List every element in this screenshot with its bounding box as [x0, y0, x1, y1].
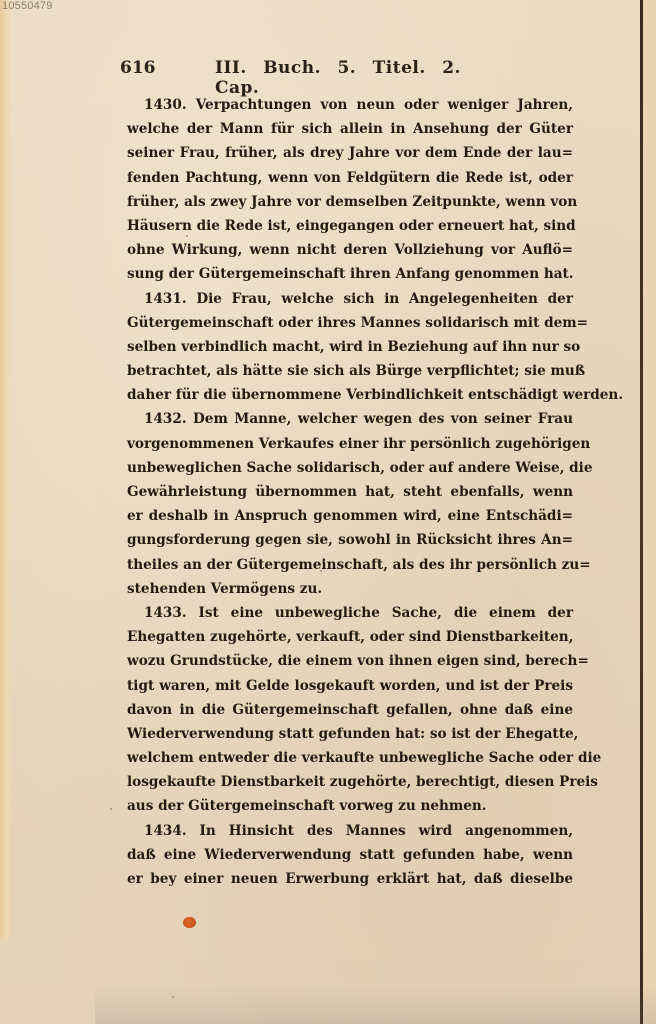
text-line: 1433. Ist eine unbewegliche Sache, die e… — [127, 601, 573, 625]
text-line: selben verbindlich macht, wird in Bezieh… — [127, 335, 573, 359]
text-line: welchem entweder die verkaufte unbewegli… — [127, 746, 573, 770]
text-line: unbeweglichen Sache solidarisch, oder au… — [127, 456, 573, 480]
text-line: daß eine Wiederverwendung statt gefunden… — [127, 843, 573, 867]
text-line: sung der Gütergemeinschaft ihren Anfang … — [127, 262, 573, 286]
paragraph-1432: 1432. Dem Manne, welcher wegen des von s… — [127, 407, 573, 601]
text-line: Häusern die Rede ist, eingegangen oder e… — [127, 214, 573, 238]
paragraph-1431: 1431. Die Frau, welche sich in Angelegen… — [127, 287, 573, 408]
text-line: Ehegatten zugehörte, verkauft, oder sind… — [127, 625, 573, 649]
page-header: 616 III. Buch. 5. Titel. 2. Cap. — [120, 58, 480, 86]
adjacent-page-strip — [643, 0, 656, 1024]
text-line: welche der Mann für sich allein in Anseh… — [127, 117, 573, 141]
page-number: 616 — [120, 58, 156, 78]
text-line: ohne Wirkung, wenn nicht deren Vollziehu… — [127, 238, 573, 262]
page-bottom-shadow — [95, 985, 656, 1024]
text-line: er bey einer neuen Erwerbung erklärt hat… — [127, 867, 573, 891]
red-ink-spot — [183, 917, 196, 928]
paper-speck — [172, 996, 174, 998]
text-line: stehenden Vermögens zu. — [127, 577, 573, 601]
text-line: Gewährleistung übernommen hat, steht ebe… — [127, 480, 573, 504]
text-line: 1432. Dem Manne, welcher wegen des von s… — [127, 407, 573, 431]
text-line: aus der Gütergemeinschaft vorweg zu nehm… — [127, 794, 573, 818]
text-line: Wiederverwendung statt gefunden hat: so … — [127, 722, 573, 746]
text-line: 1430. Verpachtungen von neun oder wenige… — [127, 93, 573, 117]
text-line: fenden Pachtung, wenn von Feldgütern die… — [127, 166, 573, 190]
text-line: 1434. In Hinsicht des Mannes wird angeno… — [127, 819, 573, 843]
text-line: theiles an der Gütergemeinschaft, als de… — [127, 553, 573, 577]
scan-image-id: 10550479 — [2, 0, 53, 12]
text-line: wozu Grundstücke, die einem von ihnen ei… — [127, 649, 573, 673]
body-text: 1430. Verpachtungen von neun oder wenige… — [127, 93, 573, 891]
text-line: daher für die übernommene Verbindlichkei… — [127, 383, 573, 407]
text-line: davon in die Gütergemeinschaft gefallen,… — [127, 698, 573, 722]
paragraph-1434: 1434. In Hinsicht des Mannes wird angeno… — [127, 819, 573, 892]
text-line: er deshalb in Anspruch genommen wird, ei… — [127, 504, 573, 528]
paper-speck — [320, 570, 322, 572]
page-left-edge — [0, 0, 12, 940]
text-line: seiner Frau, früher, als drey Jahre vor … — [127, 141, 573, 165]
text-line: gungsforderung gegen sie, sowohl in Rück… — [127, 528, 573, 552]
running-head: III. Buch. 5. Titel. 2. Cap. — [215, 58, 480, 98]
text-line: tigt waren, mit Gelde losgekauft worden,… — [127, 674, 573, 698]
text-line: früher, als zwey Jahre vor demselben Zei… — [127, 190, 573, 214]
paragraph-1433: 1433. Ist eine unbewegliche Sache, die e… — [127, 601, 573, 819]
paper-speck — [186, 235, 188, 237]
text-line: Gütergemeinschaft oder ihres Mannes soli… — [127, 311, 573, 335]
paper-speck — [110, 808, 112, 810]
text-line: losgekaufte Dienstbarkeit zugehörte, ber… — [127, 770, 573, 794]
text-line: vorgenommenen Verkaufes einer ihr persön… — [127, 432, 573, 456]
text-line: betrachtet, als hätte sie sich als Bürge… — [127, 359, 573, 383]
book-page: 10550479 616 III. Buch. 5. Titel. 2. Cap… — [0, 0, 656, 1024]
text-line: 1431. Die Frau, welche sich in Angelegen… — [127, 287, 573, 311]
paragraph-1430: 1430. Verpachtungen von neun oder wenige… — [127, 93, 573, 287]
